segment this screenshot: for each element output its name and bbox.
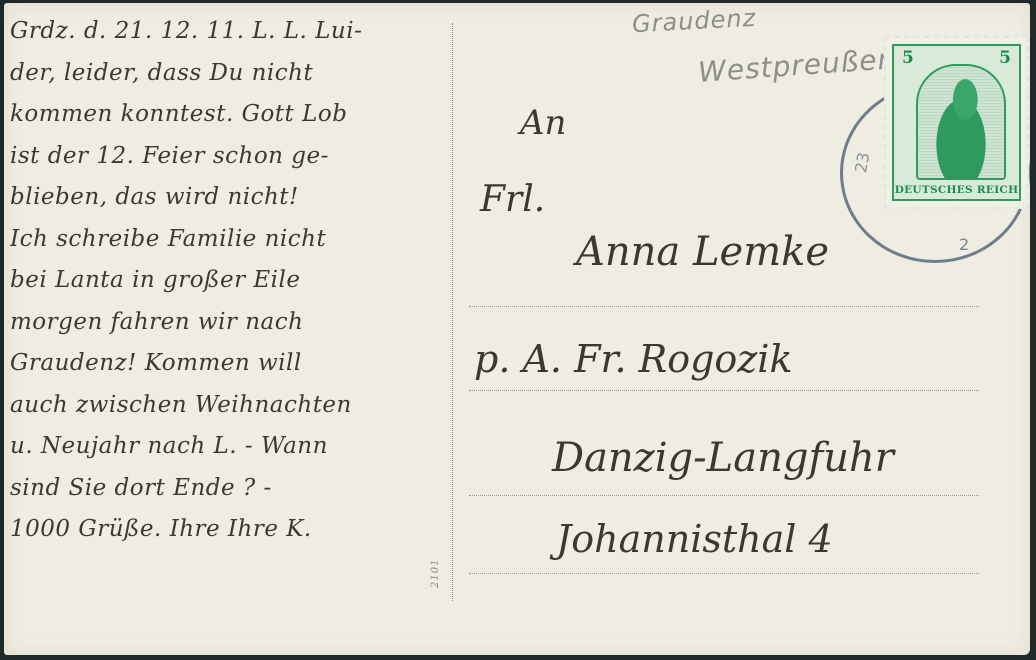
message-line: auch zwischen Weihnachten [10, 385, 446, 427]
message-line: sind Sie dort Ende ? - [10, 468, 446, 510]
address-city: Danzig-Langfuhr [552, 435, 894, 481]
message-line: u. Neujahr nach L. - Wann [10, 426, 446, 468]
address-rule [469, 306, 979, 307]
postmark-number: 2 [959, 235, 969, 254]
address-care-of: p. A. Fr. Rogozik [474, 337, 793, 381]
address-rule [469, 573, 979, 574]
postage-stamp: 5 5 DEUTSCHES REICH [884, 36, 1029, 209]
pencil-note-city: Graudenz [631, 4, 756, 38]
postmark-date: 23 [851, 151, 873, 174]
message-line: Grdz. d. 21. 12. 11. L. L. Lui- [10, 11, 446, 53]
address-salutation: An [520, 103, 566, 143]
printer-number: 2101 [430, 559, 441, 588]
message-line: Graudenz! Kommen will [10, 343, 446, 385]
address-rule [469, 390, 979, 391]
center-divider [452, 23, 453, 601]
message-line: 1000 Grüße. Ihre Ihre K. [10, 509, 446, 551]
pencil-note-region: Westpreußen [697, 42, 897, 89]
postcard: Grdz. d. 21. 12. 11. L. L. Lui- der, lei… [4, 3, 1030, 655]
address-title: Frl. [480, 179, 545, 220]
message-line: blieben, das wird nicht! [10, 177, 446, 219]
message-line: bei Lanta in großer Eile [10, 260, 446, 302]
message-line: kommen konntest. Gott Lob [10, 94, 446, 136]
address-recipient: Anna Lemke [576, 229, 829, 275]
stamp-frame: 5 5 DEUTSCHES REICH [892, 44, 1021, 201]
message-line: morgen fahren wir nach [10, 302, 446, 344]
handwritten-message: Grdz. d. 21. 12. 11. L. L. Lui- der, lei… [10, 11, 446, 551]
message-line: Ich schreibe Familie nicht [10, 219, 446, 261]
address-rule [469, 495, 979, 496]
address-street: Johannisthal 4 [556, 517, 833, 561]
message-line: der, leider, dass Du nicht [10, 53, 446, 95]
stamp-value-right: 5 [999, 48, 1011, 68]
stamp-value-left: 5 [902, 48, 914, 68]
message-line: ist der 12. Feier schon ge- [10, 136, 446, 178]
stamp-country-text: DEUTSCHES REICH [894, 184, 1019, 196]
germania-figure-icon [916, 64, 1006, 180]
